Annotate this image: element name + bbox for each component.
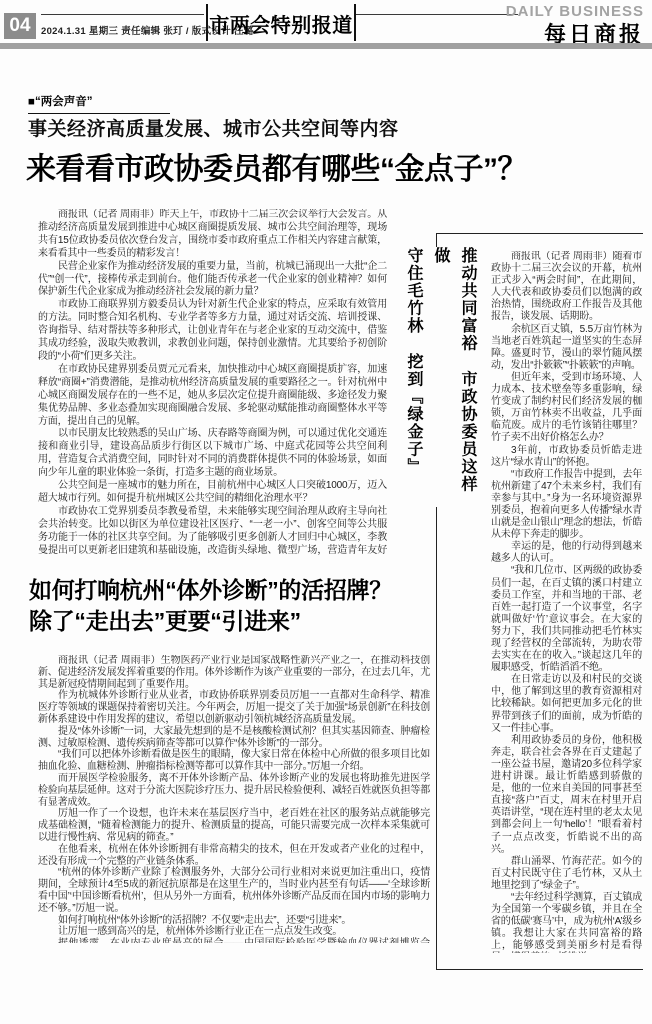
header-rule-right [356, 14, 518, 15]
paragraph: 群山涌翠、竹海茫茫。如今的百丈村民既守住了毛竹林，又从土地里挖到了“绿金子”。 [491, 856, 642, 892]
paragraph: 3年前，市政协委员忻皓走进这片“绿水青山”的怀抱。 [491, 445, 642, 469]
paragraph: 以市民朋友比较熟悉的吴山广场、庆春路等商圈为例，可以通过优化交通连接和商业引导，… [38, 428, 387, 480]
lead-subheadline: 事关经济高质量发展、城市公共空间等内容 [28, 114, 399, 141]
paragraph: 如何打响杭州“体外诊断”的活招牌？不仅要“走出去”，还要“引进来”。 [38, 915, 430, 927]
paragraph: 在他看来，杭州在体外诊断拥有非常高精尖的技术，但在开发或者产业化的过程中，还没有… [38, 844, 430, 868]
article-ivd-headline: 如何打响杭州“体外诊断”的活招牌？ 除了“走出去”更要“引进来” [29, 575, 392, 637]
paragraph: “市政府工作报告中提到，去年杭州新建了47个未来乡村，我们有幸参与其中。”身为一… [491, 469, 642, 542]
paragraph: “我和几位市、区两级的政协委员们一起，在百丈镇的溪口村建立委员工作室，并和当地的… [491, 565, 642, 674]
section-title: 市两会特别报道 [208, 9, 354, 38]
paragraph: 让厉旭一感到高兴的是，杭州体外诊断行业正在一点点发生改变。 [38, 926, 430, 938]
paragraph: 商报讯（记者 周雨非）昨天上午，市政协十二届三次会议举行大会发言。从推动经济高质… [38, 209, 387, 261]
article-economy-body: 商报讯（记者 周雨非）昨天上午，市政协十二届三次会议举行大会发言。从推动经济高质… [38, 209, 387, 556]
kicker: ■“两会声音” [28, 93, 170, 114]
newspaper-page: 04 2024.1.31 星期三 责任编辑 张玎 / 版式设计 汪璐 市两会特别… [0, 0, 652, 1024]
paragraph: 市政协工商联界别方毅委员认为针对新生代企业家的特点，应采取有效管用的方法。同时整… [38, 299, 387, 364]
paragraph: 厉旭一作了一个设想，也许未来在基层医疗当中，老百姓在社区的服务站点就能够完成基础… [38, 808, 430, 843]
paragraph: 商报讯（记者 周雨非）随着市政协十二届三次会议的开幕，杭州正式步入“两会时间”，… [491, 251, 642, 324]
kicker-label: “两会声音” [35, 96, 93, 108]
paragraph: 商报讯（记者 周雨非）生物医药产业行业是国家战略性新兴产业之一，在推动科技创新、… [38, 655, 430, 690]
page-number-box: 04 [4, 13, 36, 39]
kicker-square-icon: ■ [28, 96, 35, 108]
header-divider-bar [0, 43, 652, 49]
header-rule-left [41, 14, 204, 15]
lead-headline: 来看看市政协委员都有哪些“金点子”？ [26, 144, 527, 188]
article-ivd-body: 商报讯（记者 周雨非）生物医药产业行业是国家战略性新兴产业之一，在推动科技创新、… [38, 655, 430, 943]
paragraph: 在日常走访以及和村民的交谈中，他了解到这里的教育资源相对比较稀缺。如何把更加多元… [491, 674, 642, 734]
article-bamboo-vertical-headline: 推动共同富裕 市政协委员这样做 守住毛竹林 挖到『绿金子』 [399, 247, 481, 507]
page-number: 04 [9, 15, 30, 37]
paragraph: 而开展医学检验服务，离不开体外诊断产品、体外诊断产业的发展也将助推先进医学检验向… [38, 773, 430, 808]
paragraph: 幸运的是，他的行动得到越来越多人的认可。 [491, 541, 642, 565]
paragraph: 市政协农工党界别委员李教曼希望，未来能够实现空间治理从政府主导向社会共治转变。比… [38, 506, 387, 556]
paragraph: 但近年来，受到市场环境、人力成本、技术壁垒等多重影响，绿竹变成了制约村民们经济发… [491, 372, 642, 445]
paragraph: 在市政协民建界别委员贾元元看来，加快推动中心城区商圈提质扩容，加速释放“商圈+”… [38, 364, 387, 429]
section-title-bar-right [354, 4, 356, 41]
article-bamboo-body: 商报讯（记者 周雨非）随着市政协十二届三次会议的开幕，杭州正式步入“两会时间”，… [491, 251, 642, 953]
paragraph: 余杭区百丈镇，5.5万亩竹林为当地老百姓筑起一道坚实的生态屏障。盛夏时节，漫山的… [491, 324, 642, 372]
paragraph: 作为杭城体外诊断行业从业者，市政协侨联界别委员厉旭一一直都对生命科学、精准医疗等… [38, 690, 430, 725]
paragraph: “杭州的体外诊断产业除了检测服务外，大部分公司行业相对来说更加注重出口，疫情期间… [38, 867, 430, 914]
paragraph: “我们可以把体外诊断看做是医生的眼睛，像大家日常在体检中心所做的很多项目比如抽血… [38, 749, 430, 773]
paragraph: 提及“体外诊断”一词，大家最先想到的是不是核酸检测试剂？但其实基因筛查、肿瘤检测… [38, 726, 430, 750]
paragraph: “去年经过科学测算，百丈镇成为全国第一个零碳乡镇，并且在全省的低碳‘赛马’中，成… [491, 892, 642, 953]
paragraph: 利用政协委员的身份，他积极奔走，联合社会各界在百丈建起了一座公益书屋，邀请20多… [491, 735, 642, 856]
paragraph: 民营企业家作为推动经济发展的重要力量，当前，杭城已涌现出一大批“企二代”“创一代… [38, 261, 387, 300]
paragraph: 据他透露，在业内专业度最高的展会——中国国际检验医学暨输血仪器试剂博览会（CAC… [38, 938, 430, 943]
paragraph: 公共空间是一座城市的魅力所在，目前杭州中心城区人口突破1000万，迈入超大城市行… [38, 480, 387, 506]
